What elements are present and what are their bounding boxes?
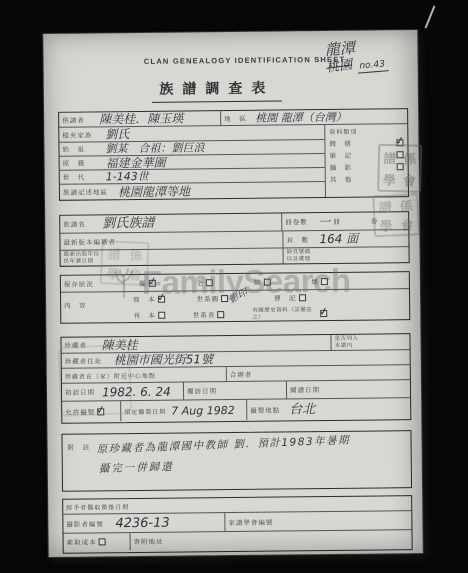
content-options-line1: 寫 本 世系圖 傳 記 [133,292,406,304]
permit-label: 允許攝製 [65,407,95,416]
category-label: 資料類別 [329,126,403,136]
family-label: 檔夾家族 [62,130,102,139]
genealogy-book-table: 族譜名 劉氏族譜 冊卷數 一 冊 卷 最新版本編纂者 頁 數 164 面 最新出… [59,211,410,267]
book-title-value: 劉氏族譜 [102,216,278,231]
ancestor-value: 劉某 合祖：劉巨浪 [105,142,204,154]
content-options-line2: 刊 本 世系表 有關歷史資料（詳備註之） [133,306,406,322]
holder-address-label: 珍藏者住址 [65,356,111,365]
volumes-unit-juan: 卷 [371,216,379,225]
corner-note-number: no.43 [357,59,388,73]
content-biography-checkbox [299,294,306,301]
handler-label: 經手者攝取微捲日期 [66,502,129,512]
material-category-box: 資料類別 微 捲 筆 記 攝 影 其 他 [324,124,408,197]
content-row: 內 容 影印 寫 本 世系圖 傳 記 [61,288,409,323]
film-place-label: 攝製地點 [250,405,286,414]
condition-damaged-label: 壞 [311,277,319,286]
condition-table: 保存狀況 優 全 缺 壞 內 容 [60,271,410,324]
publication-row: 最新出版年份 民年號日期 缺頁號碼 以及處理 [61,246,409,266]
content-printed-label: 刊 本 [133,311,156,320]
first-visit-label: 初訪日期 [65,387,99,396]
generations-value: 1-143世 [106,171,149,182]
category-photo-label: 攝 影 [330,163,353,172]
permit-option: 允許攝製 [65,407,117,417]
content-pedigree-table-checkbox [217,311,224,318]
film-date-label: 預定攝製日期 [124,406,168,415]
category-notes-label: 筆 記 [330,151,353,160]
content-biography: 傳 記 [274,293,306,302]
coverage-value: 桃園龍潭等地 [118,185,190,198]
pages-value: 164 面 [319,233,358,245]
first-visit-value: 1982. 6. 24 [102,385,180,398]
content-pedigree-table-label: 世系表 [193,310,216,319]
condition-opt-complete: 全 [196,278,213,287]
condition-damaged-checkbox [321,278,328,285]
content-manuscript-checkbox [158,296,165,303]
content-pedigree-chart-label: 世系圖 [197,294,220,303]
holder-name-value: 陳美桂 [101,337,327,351]
category-other-label: 其 他 [330,175,353,184]
content-pedigree-chart: 世系圖 [197,294,229,303]
provider-left-column: 檔夾家族 劉氏 始 祖 劉某 合祖：劉巨浪 原 籍 福建金華圍 世 代 1-14… [59,125,325,200]
mailing-label: 寄附地址 [134,537,164,546]
handwritten-corner-note: 龍潭 桃園 no.43 [324,38,388,74]
listed-label-group: 是否列入 本譜內 [334,335,406,349]
permit-checkbox [97,408,104,415]
content-options: 影印 寫 本 世系圖 傳 記 [133,292,406,322]
condition-missing-label: 缺 [254,277,262,286]
content-manuscript-label: 寫 本 [133,295,156,304]
category-other: 其 他 [330,174,404,184]
condition-complete-label: 全 [196,278,204,287]
film-place-value: 台北 [289,403,315,416]
film-date-value: 7 Aug 1982 [171,404,243,416]
content-pedigree-chart-checkbox [221,295,228,302]
holder-center-label: 珍藏者在（家）附近中心地點 [65,370,223,381]
filming-row: 允許攝製 預定攝製日期 7 Aug 1982 攝製地點 台北 [62,397,410,422]
provider-info-table: 供譜者 陳美桂．陳玉瑛 地 區 桃園 龍潭（台灣） 檔夾家族 劉氏 始 祖 劉某… [58,108,409,201]
photographer-value: 4236-13 [115,516,221,530]
condition-label: 保存狀況 [64,279,130,289]
photographer-label: 攝影者編號 [66,519,112,528]
pages-label: 頁 數 [286,235,316,244]
content-history-material-label: 有關歷史資料（詳備註之） [252,307,318,321]
holder-address-value: 桃園市國光街51號 [114,353,213,366]
missing-label-line1: 缺頁號碼 [287,249,311,256]
volumes-value: 一 [318,215,330,227]
volumes-label: 冊卷數 [285,217,315,226]
content-printed-checkbox [158,312,165,319]
remarks-box: 附 註 原珍藏者為龍潭國中教師 劉．預計1983年暑期 攝完一併歸還 [61,430,412,492]
holder-table: 珍藏者 陳美桂 是否列入 本譜內 珍藏者住址 桃園市國光街51號 珍藏者在（家）… [60,333,411,424]
volumes-unit-ce: 冊 [333,217,341,226]
cost-row: 索取成本 寄附地址 [63,529,411,551]
missing-label-group: 缺頁號碼 以及處理 [287,249,311,262]
compiler-label: 最新版本編纂者 [63,235,279,246]
remarks-handwritten-line2: 攝完一併歸還 [99,462,174,475]
ancestor-label: 始 祖 [62,144,102,153]
content-history-material-checkbox [320,310,327,317]
listed-label-line2: 本譜內 [335,342,407,349]
category-photo: 攝 影 [330,162,404,172]
followup-label: 續譜日期 [290,385,320,394]
category-notes: 筆 記 [330,150,404,160]
condition-opt-damaged: 壞 [311,277,328,286]
cosponsor-label: 合辦者 [230,369,253,378]
publication-label-group: 最新出版年份 民年號日期 [64,250,280,265]
content-manuscript: 寫 本 [133,295,165,304]
content-label: 內 容 [64,300,130,310]
document-paper: CLAN GENEALOGY IDENTIFICATION SHEET 族譜調查… [43,30,422,557]
category-photo-checkbox [397,163,404,170]
condition-complete-checkbox [206,279,213,286]
cost-checkbox [99,538,106,545]
administration-table: 經手者攝取微捲日期 攝影者編號 4236-13 家譜學會編號 索取成本 寄附地址 [62,495,413,554]
condition-missing-checkbox [263,278,270,285]
condition-opt-excellent: 優 [139,278,156,287]
holder-name-label: 珍藏者 [64,340,98,349]
film-scratch-artifact [425,5,436,28]
remarks-handwritten-line1: 原珍藏者為龍潭國中教師 劉．預計1983年暑期 [96,435,350,455]
remarks-label: 附 註 [68,443,91,452]
coverage-label: 族譜記述地區 [63,187,115,197]
corner-note-struck-text: 桃園 [326,58,354,74]
provider-value: 陳美桂．陳玉瑛 [99,112,217,125]
provider-label: 供譜者 [62,115,96,124]
revisit-label: 覆訪日期 [187,385,283,395]
condition-opt-missing: 缺 [254,277,271,286]
category-microfilm-label: 微 捲 [329,139,352,148]
cost-label: 索取成本 [67,537,97,546]
provider-lower-grid: 檔夾家族 劉氏 始 祖 劉某 合祖：劉巨浪 原 籍 福建金華圍 世 代 1-14… [59,123,408,200]
category-microfilm-checkbox [396,139,403,146]
category-notes-checkbox [397,151,404,158]
region-value: 桃園 龍潭（台灣） [255,111,347,123]
condition-excellent-label: 優 [139,278,147,287]
category-microfilm: 微 捲 [329,138,403,148]
cost-option: 索取成本 [67,537,127,547]
content-pedigree-table: 世系表 [193,308,225,321]
society-label: 家譜學會編號 [228,517,273,526]
region-label: 地 區 [224,113,252,122]
microfilm-frame: CLAN GENEALOGY IDENTIFICATION SHEET 族譜調查… [0,0,468,573]
content-printed: 刊 本 [133,309,165,322]
generations-label: 世 代 [63,172,103,181]
missing-label-line2: 以及處理 [287,256,311,263]
origin-value: 福建金華圍 [106,156,166,169]
content-biography-label: 傳 記 [274,293,297,302]
coverage-row: 族譜記述地區 桃園龍潭等地 [60,181,325,200]
origin-label: 原 籍 [63,158,103,167]
book-title-label: 族譜名 [63,219,99,228]
condition-excellent-checkbox [148,279,155,286]
family-value: 劉氏 [105,128,129,140]
sheet-title-chinese: 族譜調查表 [152,77,282,102]
content-history-material: 有關歷史資料（詳備註之） [252,307,327,321]
